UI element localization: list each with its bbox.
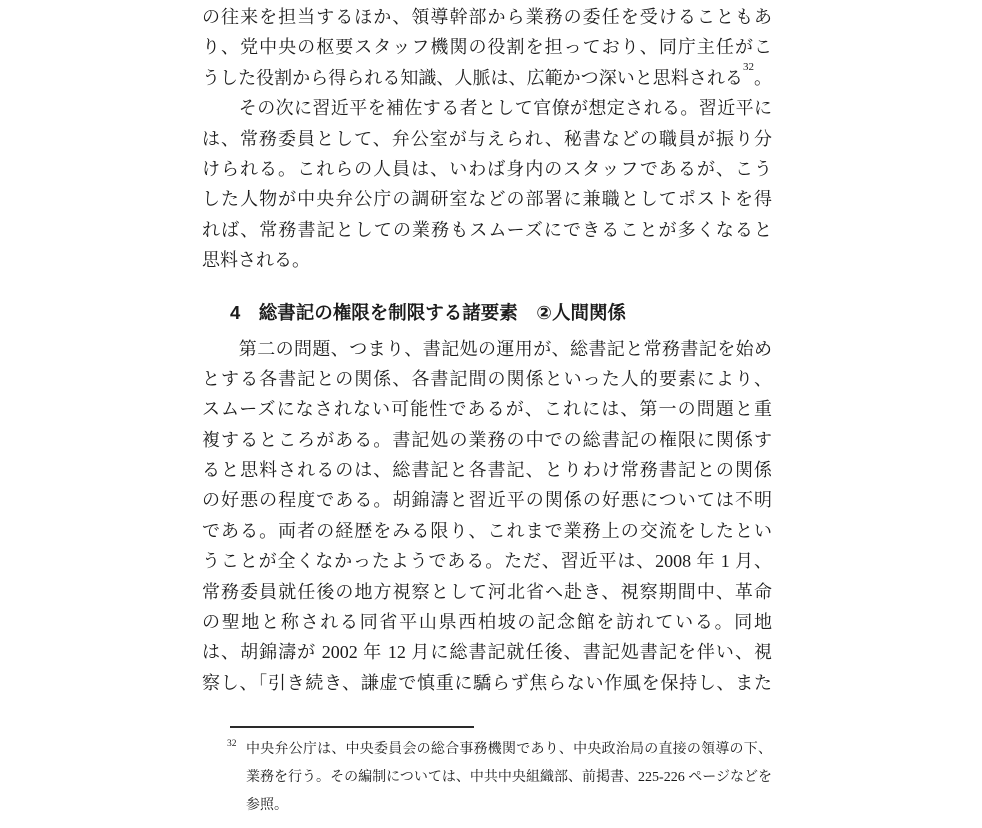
body-line-with-footnote-ref: うした役割から得られる知識、人脈は、広範かつ深いと思料される32。	[202, 63, 772, 93]
body-line: である。両者の経歴をみる限り、これまで業務上の交流をしたとい	[202, 516, 772, 546]
body-line-text: うした役割から得られる知識、人脈は、広範かつ深いと思料される	[202, 68, 743, 88]
body-line: とする各書記との関係、各書記間の関係といった人的要素により、	[202, 364, 772, 394]
document-page: の往来を担当するほか、領導幹部から業務の委任を受けることもあ り、党中央の枢要ス…	[0, 0, 982, 828]
body-line: 複するところがある。書記処の業務の中での総書記の権限に関係す	[202, 425, 772, 455]
body-line: り、党中央の枢要スタッフ機関の役割を担っており、同庁主任がこ	[202, 32, 772, 62]
paragraph-3: 第二の問題、つまり、書記処の運用が、総書記と常務書記を始め とする各書記との関係…	[202, 334, 772, 699]
body-line: の聖地と称される同省平山県西柏坡の記念館を訪れている。同地	[202, 607, 772, 637]
footnote-line: 参照。	[246, 792, 772, 820]
paragraph-2: その次に習近平を補佐する者として官僚が想定される。習近平に は、常務委員として、…	[202, 93, 772, 275]
body-line: うことが全くなかったようである。ただ、習近平は、2008 年 1 月、	[202, 546, 772, 576]
body-line: の往来を担当するほか、領導幹部から業務の委任を受けることもあ	[202, 2, 772, 32]
body-line: の好悪の程度である。胡錦濤と習近平の関係の好悪については不明	[202, 485, 772, 515]
body-line: れば、常務書記としての業務もスムーズにできることが多くなると	[202, 215, 772, 245]
body-line: 察し、「引き続き、謙虚で慎重に驕らず焦らない作風を保持し、また	[202, 668, 772, 698]
footnote-line: 中央弁公庁は、中央委員会の総合事務機関であり、中央政治局の直接の領導の下、	[246, 736, 772, 764]
footnote: 32 中央弁公庁は、中央委員会の総合事務機関であり、中央政治局の直接の領導の下、…	[202, 736, 772, 820]
body-line: は、胡錦濤が 2002 年 12 月に総書記就任後、書記処書記を伴い、視	[202, 637, 772, 667]
body-line: 第二の問題、つまり、書記処の運用が、総書記と常務書記を始め	[202, 334, 772, 364]
body-line: 思料される。	[202, 245, 772, 275]
footnote-separator	[230, 726, 474, 728]
footnote-marker: 32	[227, 739, 237, 749]
body-line: スムーズになされない可能性であるが、これには、第一の問題と重	[202, 394, 772, 424]
body-line: その次に習近平を補佐する者として官僚が想定される。習近平に	[202, 93, 772, 123]
body-line: した人物が中央弁公庁の調研室などの部署に兼職としてポストを得	[202, 184, 772, 214]
section-heading: 4 総書記の権限を制限する諸要素 ②人間関係	[202, 298, 772, 328]
body-line: 常務委員就任後の地方視察として河北省へ赴き、視察期間中、革命	[202, 577, 772, 607]
body-line: けられる。これらの人員は、いわば身内のスタッフであるが、こう	[202, 154, 772, 184]
footnote-line: 業務を行う。その編制については、中共中央組織部、前掲書、225-226 ページな…	[246, 764, 772, 792]
body-line: は、常務委員として、弁公室が与えられ、秘書などの職員が振り分	[202, 124, 772, 154]
body-line-tail: 。	[754, 68, 772, 88]
text-column: の往来を担当するほか、領導幹部から業務の委任を受けることもあ り、党中央の枢要ス…	[202, 2, 772, 820]
body-line: ると思料されるのは、総書記と各書記、とりわけ常務書記との関係	[202, 455, 772, 485]
paragraph-1: の往来を担当するほか、領導幹部から業務の委任を受けることもあ り、党中央の枢要ス…	[202, 2, 772, 93]
